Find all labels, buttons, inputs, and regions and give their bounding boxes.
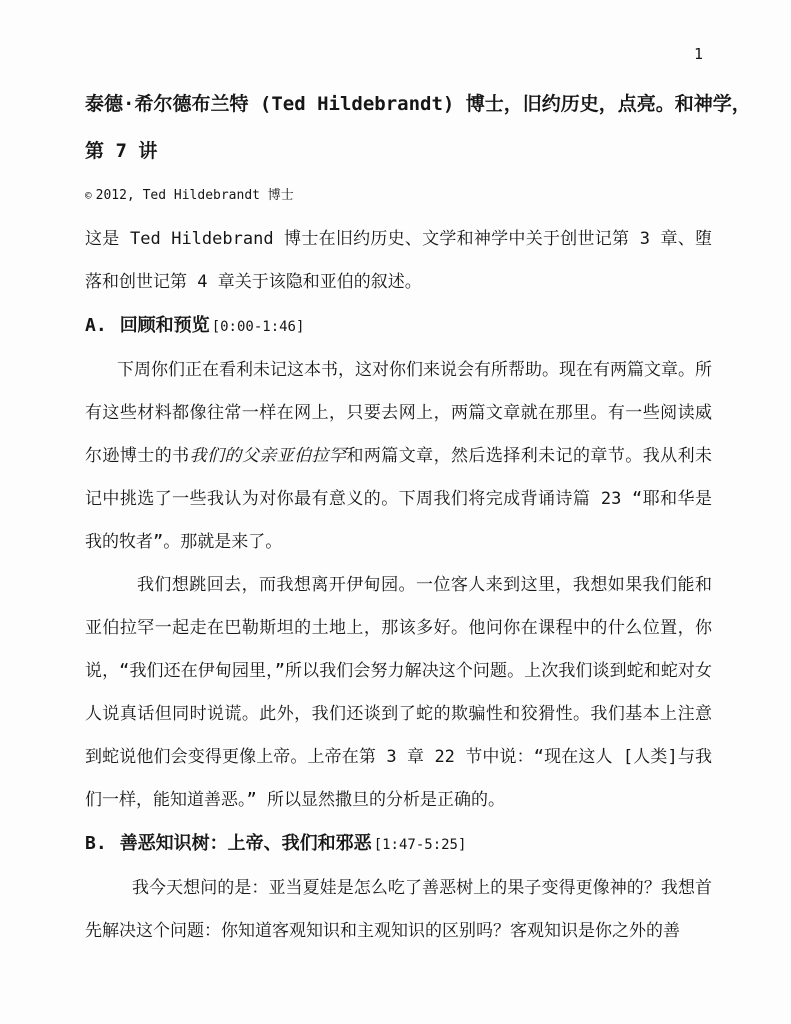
document-page: 1 泰德·希尔德布兰特 (Ted Hildebrandt) 博士，旧约历史，点亮…: [0, 0, 791, 1024]
title-line-2: 第 7 讲: [85, 140, 731, 163]
page-number: 1: [0, 0, 791, 63]
title-line-1: 泰德·希尔德布兰特 (Ted Hildebrandt) 博士，旧约历史，点亮。和…: [85, 93, 731, 116]
book-title-italic: 我们的父亲亚伯拉罕: [190, 446, 347, 466]
section-a-timestamp: [0:00-1:46]: [212, 319, 305, 335]
paragraph-2: 我们想跳回去，而我想离开伊甸园。一位客人来到这里，我想如果我们能和亚伯拉罕一起走…: [85, 564, 712, 822]
section-b-letter: B.: [85, 833, 107, 854]
copyright-icon: ©: [85, 189, 92, 202]
section-b-title: 善恶知识树：上帝、我们和邪恶: [120, 833, 372, 854]
copyright-text: 2012, Ted Hildebrandt 博士: [96, 188, 294, 203]
document-body: 这是 Ted Hildebrand 博士在旧约历史、文学和神学中关于创世记第 3…: [85, 218, 712, 953]
section-a-title: 回顾和预览: [120, 315, 210, 336]
document-title: 泰德·希尔德布兰特 (Ted Hildebrandt) 博士，旧约历史，点亮。和…: [85, 93, 731, 163]
section-a-letter: A.: [85, 315, 107, 336]
section-b-heading: B.善恶知识树：上帝、我们和邪恶[1:47-5:25]: [85, 822, 712, 867]
section-a-heading: A.回顾和预览[0:00-1:46]: [85, 304, 712, 349]
intro-paragraph: 这是 Ted Hildebrand 博士在旧约历史、文学和神学中关于创世记第 3…: [85, 218, 712, 304]
section-b-timestamp: [1:47-5:25]: [374, 837, 467, 853]
paragraph-3: 我今天想问的是：亚当夏娃是怎么吃了善恶树上的果子变得更像神的？我想首先解决这个问…: [85, 867, 712, 953]
copyright-line: ©2012, Ted Hildebrandt 博士: [85, 187, 791, 205]
paragraph-1: 下周你们正在看利未记这本书，这对你们来说会有所帮助。现在有两篇文章。所有这些材料…: [85, 349, 712, 564]
